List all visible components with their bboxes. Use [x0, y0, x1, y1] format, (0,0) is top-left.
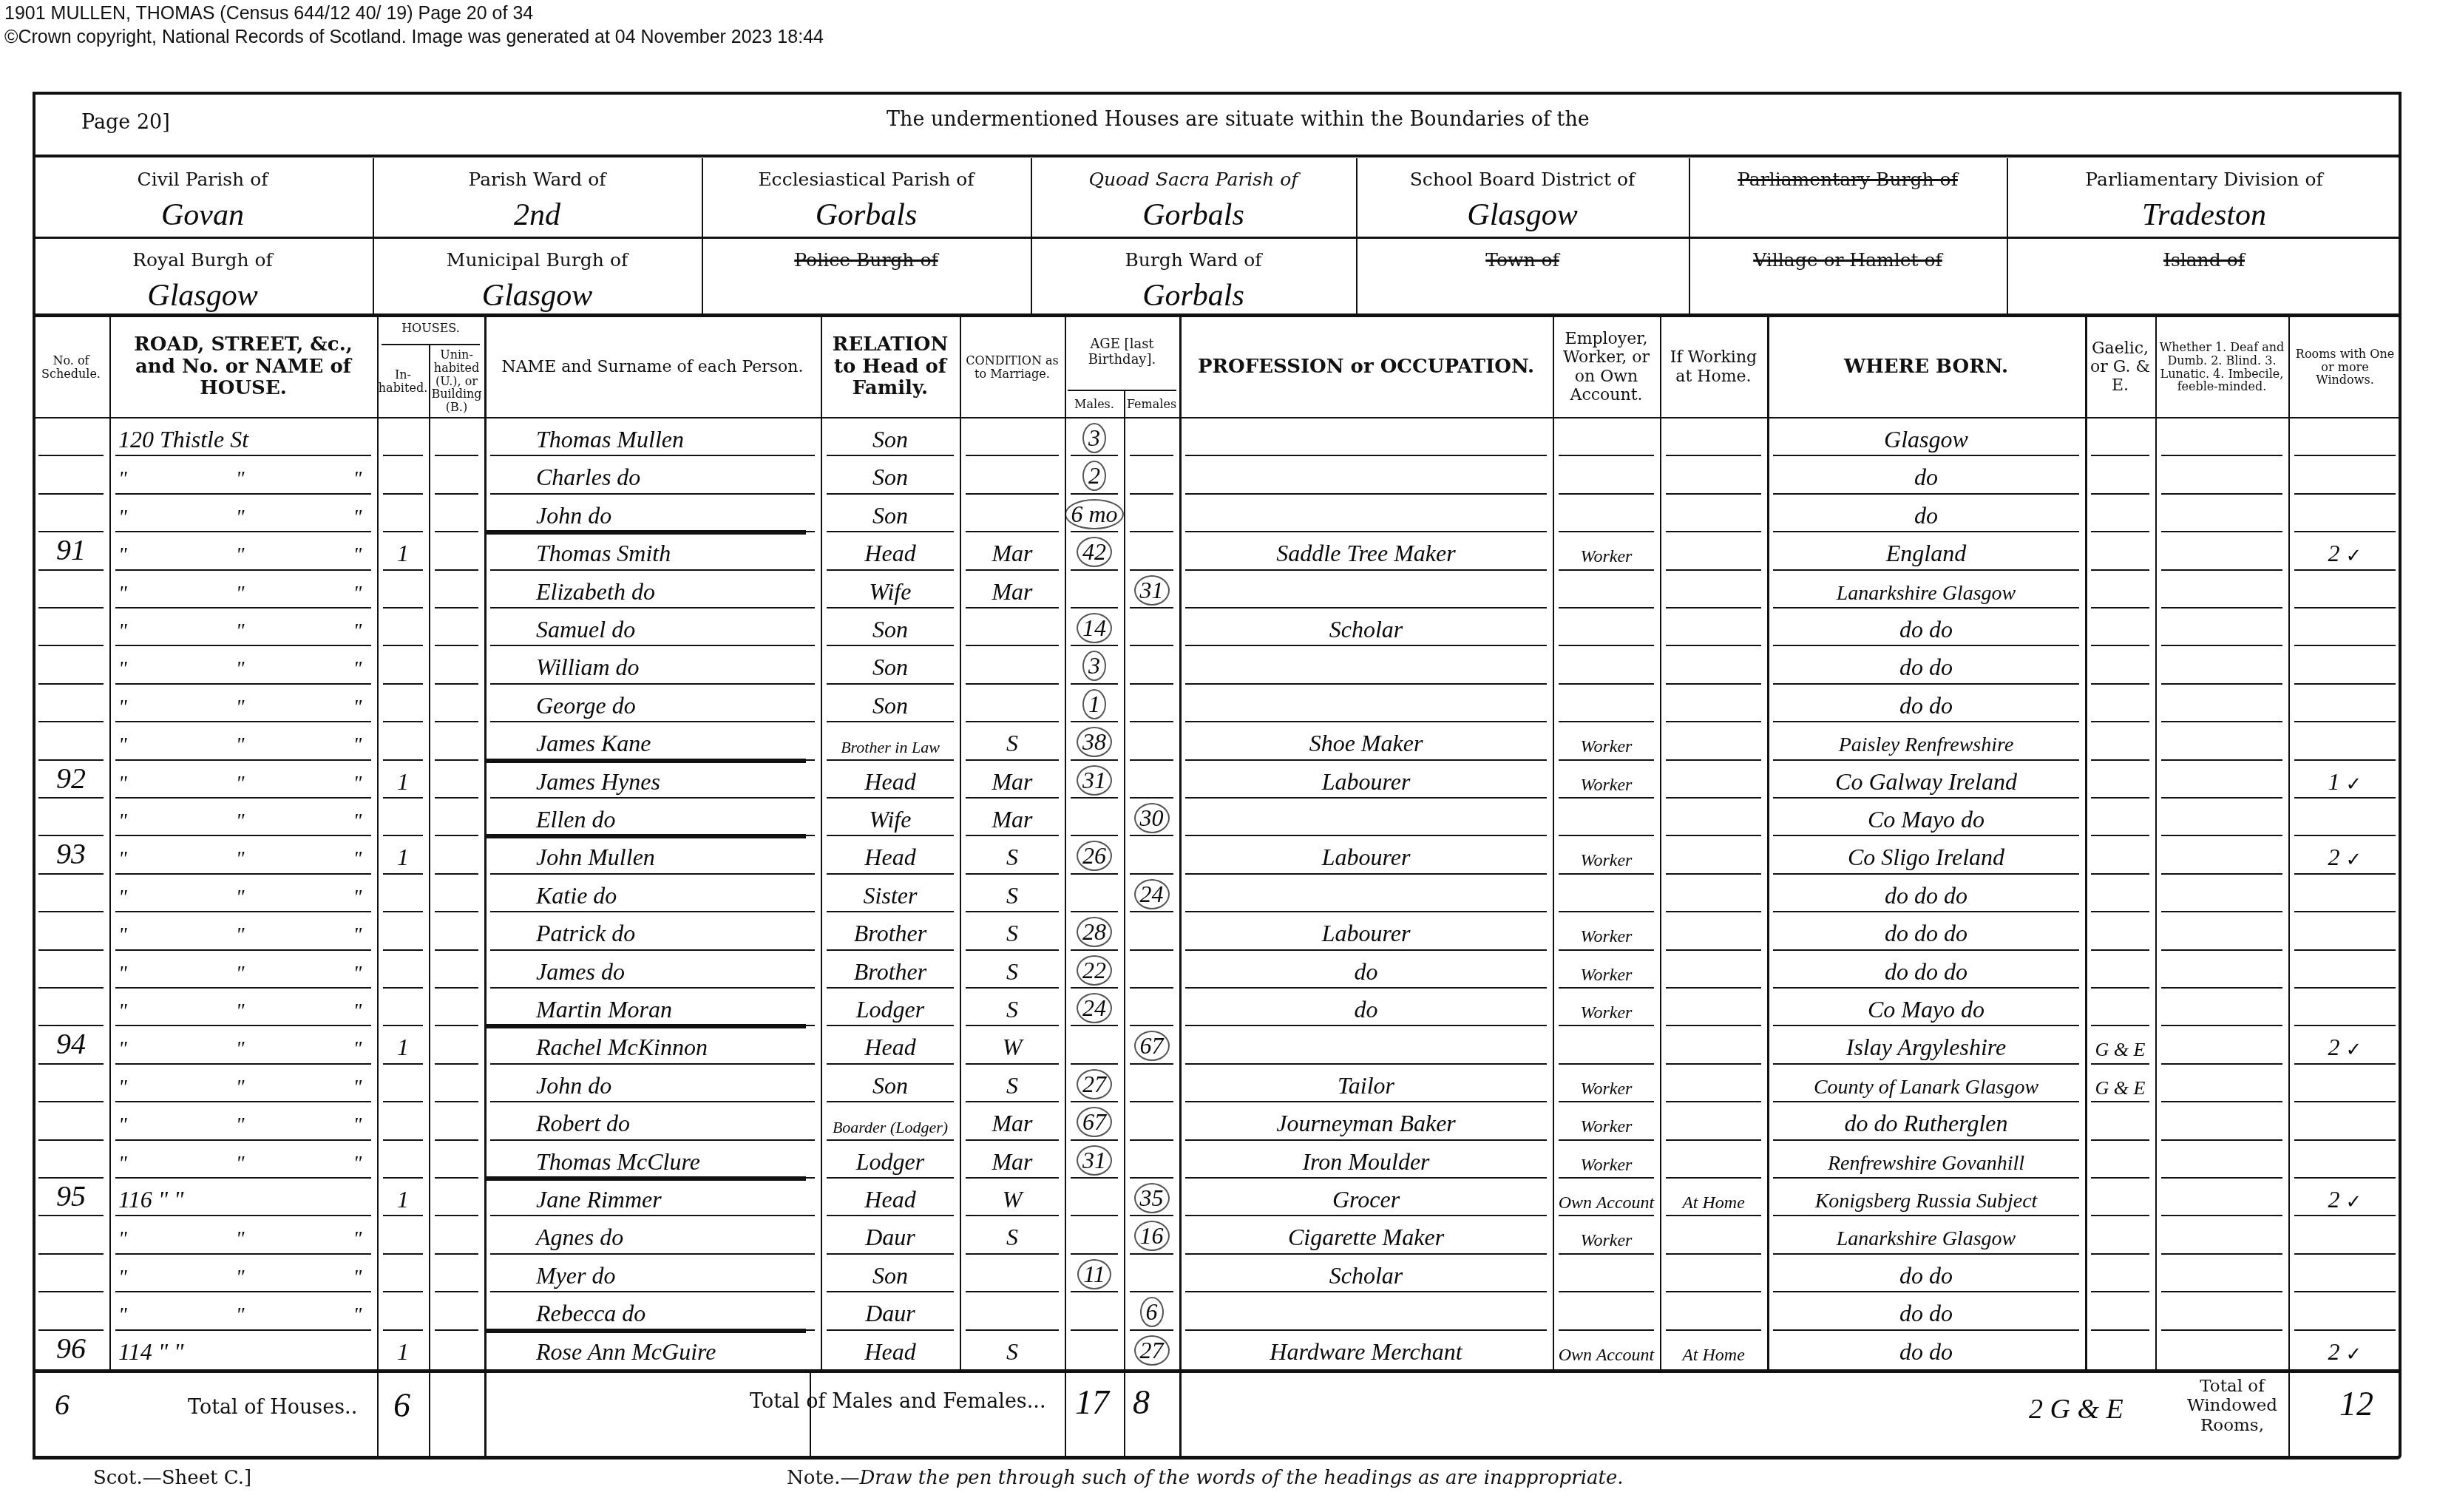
cell-relation: Lodger	[856, 996, 924, 1023]
total-line	[810, 1373, 811, 1458]
table-row: 92" " "1James HynesHeadMar31LabourerWork…	[33, 761, 2402, 799]
table-row: " " "Robert doBoarder (Lodger)Mar67Journ…	[33, 1102, 2402, 1140]
cell-name: Agnes do	[536, 1224, 623, 1251]
cell-employer: Worker	[1581, 547, 1633, 567]
cell-relation: Head	[864, 768, 915, 796]
district-label: Parliamentary Burgh of	[1689, 169, 2007, 190]
cell-gaelic: G & E	[2095, 1077, 2146, 1099]
district-label: Parliamentary Division of	[2007, 169, 2402, 190]
cell-condition: W	[1003, 1034, 1023, 1061]
cell-relation: Daur	[865, 1224, 915, 1251]
cell-born: County of Lanark Glasgow	[1814, 1076, 2038, 1099]
district-value: Glasgow	[373, 278, 702, 313]
divider	[33, 237, 2402, 239]
cell-condition: S	[1006, 1338, 1018, 1366]
column-line	[1065, 317, 1066, 1456]
cell-inhabited: 1	[397, 1338, 409, 1366]
cell-name: John do	[536, 1072, 611, 1099]
cell-name: John Mullen	[536, 844, 655, 871]
district-royal-burgh-of: Royal Burgh ofGlasgow	[33, 249, 373, 313]
houses-underline	[382, 344, 480, 345]
column-line	[1179, 317, 1182, 1456]
header-condition: CONDITION as to Marriage.	[960, 317, 1065, 417]
header-at-home: If Working at Home.	[1660, 317, 1767, 417]
column-line	[1553, 317, 1554, 1369]
cell-employer: Worker	[1581, 1231, 1633, 1251]
district-value: Govan	[33, 197, 373, 233]
cell-male-age: 1	[1082, 689, 1106, 719]
cell-road: " " "	[118, 582, 413, 606]
cell-road: " " "	[118, 1227, 413, 1251]
cell-road: " " "	[118, 733, 413, 757]
district-label: Town of	[1356, 249, 1689, 271]
column-line	[429, 345, 430, 1456]
check-mark-icon: ✓	[2346, 1191, 2362, 1213]
cell-relation: Brother	[854, 920, 926, 947]
cell-born: do do do	[1885, 958, 1967, 986]
cell-road: " " "	[118, 657, 413, 681]
divider	[33, 155, 2402, 157]
cell-born: do do	[1899, 616, 1953, 643]
cell-born: Islay Argyleshire	[1846, 1034, 2007, 1061]
cell-schedule: 96	[56, 1331, 86, 1366]
cell-employer: Worker	[1581, 1117, 1633, 1137]
cell-female-age: 31	[1134, 575, 1170, 606]
cell-name: Jane Rimmer	[536, 1186, 662, 1213]
household-separator	[484, 834, 806, 838]
cell-name: Elizabeth do	[536, 578, 655, 606]
district-label: Royal Burgh of	[33, 249, 373, 271]
cell-male-age: 3	[1082, 651, 1106, 681]
cell-male-age: 6 mo	[1065, 499, 1123, 529]
cell-employer: Worker	[1581, 966, 1633, 986]
cell-rooms: 2	[2328, 1034, 2340, 1061]
header-females: Females	[1124, 391, 1179, 417]
cell-road: " " "	[118, 1000, 413, 1023]
household-separator	[484, 1176, 806, 1181]
gaelic-total: 2 G & E	[2029, 1393, 2124, 1425]
table-row: " " "Martin MoranLodgerS24doWorkerCo May…	[33, 989, 2402, 1026]
cell-male-age: 26	[1077, 841, 1112, 871]
district-civil-parish-of: Civil Parish ofGovan	[33, 169, 373, 233]
district-divider	[702, 158, 703, 237]
district-value: Glasgow	[1356, 197, 1689, 233]
cell-condition: S	[1006, 996, 1018, 1023]
district-divider	[1689, 239, 1690, 313]
cell-female-age: 6	[1140, 1297, 1164, 1327]
footer-note: Note.—Draw the pen through such of the w…	[787, 1467, 1624, 1489]
total-persons-label: Total of Males and Females...	[750, 1390, 1045, 1413]
district-town-of: Town of	[1356, 249, 1689, 278]
cell-relation: Son	[872, 1072, 908, 1099]
cell-schedule: 93	[56, 836, 86, 871]
cell-condition: Mar	[992, 1148, 1032, 1176]
cell-name: Ellen do	[536, 806, 616, 833]
cell-born: Co Sligo Ireland	[1848, 844, 2004, 871]
cell-road: " " "	[118, 810, 413, 833]
district-divider	[1689, 158, 1690, 237]
cell-relation: Son	[872, 654, 908, 681]
form-title: The undermentioned Houses are situate wi…	[887, 108, 1590, 131]
total-houses-label: Total of Houses..	[188, 1396, 357, 1419]
district-village-or-hamlet-of: Village or Hamlet of	[1689, 249, 2007, 278]
table-row: " " "Ellen doWifeMar30Co Mayo do	[33, 799, 2402, 836]
header-infirmity: Whether 1. Deaf and Dumb. 2. Blind. 3. L…	[2155, 317, 2288, 417]
header-name: NAME and Surname of each Person.	[484, 317, 821, 417]
column-line	[2155, 317, 2157, 1369]
age-underline	[1068, 390, 1176, 391]
district-label: Municipal Burgh of	[373, 249, 702, 271]
cell-name: William do	[536, 654, 640, 681]
cell-relation: Son	[872, 464, 908, 491]
district-school-board-district-of: School Board District ofGlasgow	[1356, 169, 1689, 233]
cell-name: Myer do	[536, 1262, 616, 1289]
district-divider	[1356, 239, 1358, 313]
cell-road: " " "	[118, 1266, 413, 1289]
cell-road: " " "	[118, 543, 413, 567]
cell-occupation: Iron Moulder	[1302, 1148, 1429, 1176]
cell-male-age: 31	[1077, 1145, 1112, 1176]
cell-employer: Worker	[1581, 1079, 1633, 1099]
district-divider	[2007, 239, 2008, 313]
district-label: Burgh Ward of	[1031, 249, 1356, 271]
schedules-tally: 6	[55, 1387, 70, 1422]
header-road: ROAD, STREET, &c., and No. or NAME of HO…	[109, 317, 377, 417]
cell-occupation: Journeyman Baker	[1276, 1110, 1456, 1137]
total-rooms-value: 12	[2339, 1384, 2373, 1423]
district-parliamentary-division-of: Parliamentary Division ofTradeston	[2007, 169, 2402, 233]
cell-name: Rachel McKinnon	[536, 1034, 708, 1061]
header-schedule: No. of Schedule.	[33, 317, 109, 417]
cell-male-age: 28	[1077, 917, 1112, 947]
cell-occupation: Scholar	[1329, 1262, 1403, 1289]
cell-schedule: 91	[56, 532, 86, 567]
cell-rooms: 2	[2328, 1338, 2340, 1366]
district-parliamentary-burgh-of: Parliamentary Burgh of	[1689, 169, 2007, 197]
cell-male-age: 22	[1077, 955, 1112, 986]
cell-employer: Worker	[1581, 927, 1633, 947]
cell-rooms: 2	[2328, 844, 2340, 871]
cell-born: do	[1914, 464, 1938, 491]
column-line	[484, 317, 487, 1456]
note-text: Draw the pen through such of the words o…	[860, 1467, 1624, 1489]
cell-condition: S	[1006, 920, 1018, 947]
cell-relation: Brother	[854, 958, 926, 986]
cell-condition: Mar	[992, 540, 1032, 567]
cell-inhabited: 1	[397, 1186, 409, 1213]
header-where-born: WHERE BORN.	[1767, 317, 2085, 417]
cell-employer: Worker	[1581, 737, 1633, 757]
table-row: " " "James doBrotherS22doWorkerdo do do	[33, 951, 2402, 989]
cell-road: " " "	[118, 696, 413, 719]
table-row: " " "Thomas McClureLodgerMar31Iron Mould…	[33, 1141, 2402, 1179]
cell-occupation: Tailor	[1338, 1072, 1394, 1099]
cell-occupation: Labourer	[1322, 920, 1411, 947]
cell-inhabited: 1	[397, 1034, 409, 1061]
column-line	[960, 317, 961, 1369]
table-row: " " "William doSon3do do	[33, 646, 2402, 684]
cell-relation: Son	[872, 502, 908, 529]
header-inhabited: In-habited.	[377, 345, 429, 417]
cell-road: 116 " "	[118, 1186, 184, 1213]
cell-relation: Son	[872, 426, 908, 453]
cell-road: " " "	[118, 772, 413, 796]
cell-name: Martin Moran	[536, 996, 672, 1023]
cell-name: James Kane	[536, 730, 651, 757]
cell-relation: Wife	[870, 578, 912, 606]
district-parish-ward-of: Parish Ward of2nd	[373, 169, 702, 233]
check-mark-icon: ✓	[2346, 1039, 2362, 1061]
district-label: Quoad Sacra Parish of	[1031, 169, 1356, 190]
district-island-of: Island of	[2007, 249, 2402, 278]
header-relation: RELATION to Head of Family.	[821, 317, 960, 417]
district-value: Glasgow	[33, 278, 373, 313]
district-municipal-burgh-of: Municipal Burgh ofGlasgow	[373, 249, 702, 313]
district-burgh-ward-of: Burgh Ward ofGorbals	[1031, 249, 1356, 313]
cell-rooms: 1	[2328, 768, 2340, 796]
table-row: " " "John doSon6 modo	[33, 495, 2402, 532]
column-line	[377, 317, 379, 1456]
district-divider	[1031, 239, 1032, 313]
cell-employer: Own Account	[1559, 1193, 1655, 1213]
district-divider	[1356, 158, 1358, 237]
cell-occupation: Scholar	[1329, 616, 1403, 643]
cell-condition: Mar	[992, 806, 1032, 833]
cell-gaelic: G & E	[2095, 1039, 2146, 1061]
header-profession: PROFESSION or OCCUPATION.	[1179, 317, 1553, 417]
cell-female-age: 35	[1134, 1183, 1170, 1213]
cell-schedule: 95	[56, 1179, 86, 1213]
cell-inhabited: 1	[397, 768, 409, 796]
check-mark-icon: ✓	[2346, 849, 2362, 871]
district-label: Island of	[2007, 249, 2402, 271]
cell-employer: Worker	[1581, 1003, 1633, 1023]
check-mark-icon: ✓	[2346, 773, 2362, 796]
cell-born: do do	[1899, 1338, 1953, 1366]
district-label: Ecclesiastical Parish of	[702, 169, 1031, 190]
cell-relation: Daur	[865, 1300, 915, 1327]
household-separator	[484, 1329, 806, 1333]
cell-male-age: 2	[1082, 461, 1106, 491]
district-value: 2nd	[373, 197, 702, 233]
cell-road: 114 " "	[118, 1338, 184, 1366]
cell-at-home: At Home	[1682, 1346, 1745, 1366]
cell-born: Paisley Renfrewshire	[1839, 733, 2014, 757]
cell-relation: Head	[864, 844, 915, 871]
sheet-label: Scot.—Sheet C.]	[93, 1467, 251, 1489]
cell-relation: Boarder (Lodger)	[833, 1118, 948, 1137]
note-prefix: Note.—	[787, 1467, 860, 1489]
cell-name: Thomas Smith	[536, 540, 671, 567]
record-caption: 1901 MULLEN, THOMAS (Census 644/12 40/ 1…	[4, 4, 533, 23]
cell-occupation: Cigarette Maker	[1288, 1224, 1444, 1251]
cell-occupation: Labourer	[1322, 844, 1411, 871]
table-row: " " "Agnes doDaurS16Cigarette MakerWorke…	[33, 1216, 2402, 1254]
cell-relation: Head	[864, 1034, 915, 1061]
cell-condition: S	[1006, 958, 1018, 986]
cell-born: Lanarkshire Glasgow	[1837, 582, 2016, 606]
cell-employer: Worker	[1581, 851, 1633, 871]
cell-male-age: 3	[1082, 423, 1106, 453]
cell-born: Glasgow	[1884, 426, 1968, 453]
cell-female-age: 67	[1134, 1031, 1170, 1061]
cell-condition: Mar	[992, 578, 1032, 606]
district-quoad-sacra-parish-of: Quoad Sacra Parish ofGorbals	[1031, 169, 1356, 233]
cell-name: John do	[536, 502, 611, 529]
column-line	[1660, 317, 1661, 1369]
total-females-value: 8	[1133, 1383, 1150, 1422]
cell-female-age: 27	[1134, 1335, 1170, 1366]
cell-name: Charles do	[536, 464, 640, 491]
cell-name: Samuel do	[536, 616, 635, 643]
cell-name: Robert do	[536, 1110, 630, 1137]
household-separator	[484, 1024, 806, 1028]
table-row: " " "James KaneBrother in LawS38Shoe Mak…	[33, 722, 2402, 760]
header-gaelic: Gaelic, or G. & E.	[2085, 317, 2155, 417]
cell-male-age: 38	[1077, 727, 1112, 757]
cell-born: do do	[1899, 1262, 1953, 1289]
cell-relation: Son	[872, 1262, 908, 1289]
cell-name: Thomas Mullen	[536, 426, 684, 453]
district-divider	[1031, 158, 1032, 237]
header-age: AGE [last Birthday].	[1065, 317, 1179, 387]
cell-relation: Head	[864, 1338, 915, 1366]
cell-condition: Mar	[992, 768, 1032, 796]
column-line	[2085, 317, 2087, 1369]
header-males: Males.	[1065, 391, 1124, 417]
cell-born: do do do	[1885, 882, 1967, 909]
district-value: Gorbals	[1031, 197, 1356, 233]
cell-occupation: Grocer	[1332, 1186, 1400, 1213]
district-divider	[373, 239, 374, 313]
cell-male-age: 14	[1077, 613, 1112, 643]
cell-relation: Head	[864, 540, 915, 567]
district-value: Tradeston	[2007, 197, 2402, 233]
check-mark-icon: ✓	[2346, 1343, 2362, 1366]
cell-road: " " "	[118, 847, 413, 871]
district-label: Police Burgh of	[702, 249, 1031, 271]
cell-condition: S	[1006, 730, 1018, 757]
column-line	[821, 317, 822, 1369]
district-label: School Board District of	[1356, 169, 1689, 190]
cell-name: George do	[536, 692, 636, 719]
cell-relation: Son	[872, 616, 908, 643]
cell-condition: S	[1006, 1072, 1018, 1099]
cell-relation: Son	[872, 692, 908, 719]
cell-road: 120 Thistle St	[118, 426, 248, 453]
cell-name: Thomas McClure	[536, 1148, 700, 1176]
table-row: 91" " "1Thomas SmithHeadMar42Saddle Tree…	[33, 532, 2402, 570]
cell-male-age: 24	[1077, 993, 1112, 1023]
cell-occupation: do	[1355, 996, 1378, 1023]
table-row: 94" " "1Rachel McKinnonHeadW67Islay Argy…	[33, 1026, 2402, 1064]
column-line	[1767, 317, 1769, 1369]
table-row: 95116 " "1Jane RimmerHeadW35GrocerOwn Ac…	[33, 1179, 2402, 1216]
column-line	[1124, 391, 1125, 1456]
table-row: 96114 " "1Rose Ann McGuireHeadS27Hardwar…	[33, 1331, 2402, 1369]
header-employer: Employer, Worker, or on Own Account.	[1553, 317, 1660, 417]
cell-employer: Worker	[1581, 776, 1633, 796]
cell-condition: S	[1006, 1224, 1018, 1251]
cell-born: England	[1886, 540, 1966, 567]
cell-relation: Sister	[864, 882, 918, 909]
table-row: " " "Katie doSisterS24do do do	[33, 875, 2402, 912]
cell-relation: Head	[864, 1186, 915, 1213]
table-row: " " "Elizabeth doWifeMar31Lanarkshire Gl…	[33, 571, 2402, 608]
table-row: " " "George doSon1do do	[33, 685, 2402, 722]
cell-condition: S	[1006, 844, 1018, 871]
total-houses-value: 6	[393, 1386, 410, 1425]
district-value: Gorbals	[1031, 278, 1356, 313]
cell-born: Lanarkshire Glasgow	[1837, 1227, 2016, 1251]
copyright-caption: ©Crown copyright, National Records of Sc…	[4, 28, 824, 47]
district-label: Civil Parish of	[33, 169, 373, 190]
column-line	[2288, 317, 2290, 1456]
census-form-sheet: Page 20] The undermentioned Houses are s…	[33, 92, 2404, 1467]
district-divider	[2007, 158, 2008, 237]
district-ecclesiastical-parish-of: Ecclesiastical Parish ofGorbals	[702, 169, 1031, 233]
column-line	[109, 317, 111, 1369]
cell-born: do do	[1899, 692, 1953, 719]
cell-born: Konigsberg Russia Subject	[1815, 1190, 2038, 1213]
district-divider	[702, 239, 703, 313]
cell-employer: Worker	[1581, 1156, 1633, 1176]
cell-female-age: 24	[1134, 879, 1170, 909]
header-houses: HOUSES.	[377, 317, 484, 339]
cell-relation: Lodger	[856, 1148, 924, 1176]
cell-condition: W	[1003, 1186, 1023, 1213]
table-row: " " "Rebecca doDaur6do do	[33, 1292, 2402, 1330]
cell-born: do do	[1899, 1300, 1953, 1327]
cell-road: " " "	[118, 467, 413, 491]
cell-born: do do	[1899, 654, 1953, 681]
district-divider	[373, 158, 374, 237]
check-mark-icon: ✓	[2346, 545, 2362, 567]
cell-road: " " "	[118, 962, 413, 986]
district-label: Village or Hamlet of	[1689, 249, 2007, 271]
cell-born: Co Galway Ireland	[1835, 768, 2017, 796]
cell-male-age: 67	[1077, 1107, 1112, 1137]
cell-name: Katie do	[536, 882, 617, 909]
cell-occupation: do	[1355, 958, 1378, 986]
district-police-burgh-of: Police Burgh of	[702, 249, 1031, 278]
totals-divider	[33, 1369, 2402, 1373]
cell-born: do do do	[1885, 920, 1967, 947]
cell-road: " " "	[118, 506, 413, 529]
cell-name: James Hynes	[536, 768, 660, 796]
cell-road: " " "	[118, 1037, 413, 1061]
table-row: " " "John doSonS27TailorWorkerCounty of …	[33, 1065, 2402, 1102]
cell-road: " " "	[118, 1152, 413, 1176]
cell-name: Rebecca do	[536, 1300, 645, 1327]
cell-female-age: 16	[1134, 1221, 1170, 1251]
cell-condition: S	[1006, 882, 1018, 909]
cell-inhabited: 1	[397, 540, 409, 567]
cell-born: do	[1914, 502, 1938, 529]
cell-occupation: Labourer	[1322, 768, 1411, 796]
cell-occupation: Hardware Merchant	[1270, 1338, 1462, 1366]
cell-at-home: At Home	[1682, 1193, 1745, 1213]
cell-born: Renfrewshire Govanhill	[1828, 1152, 2024, 1176]
cell-name: James do	[536, 958, 625, 986]
cell-inhabited: 1	[397, 844, 409, 871]
page-label: Page 20]	[81, 111, 170, 134]
cell-rooms: 2	[2328, 540, 2340, 567]
cell-relation: Brother in Law	[841, 738, 940, 757]
header-rooms: Rooms with One or more Windows.	[2288, 317, 2402, 417]
table-row: " " "Myer doSon11Scholardo do	[33, 1255, 2402, 1292]
cell-road: " " "	[118, 1303, 413, 1327]
